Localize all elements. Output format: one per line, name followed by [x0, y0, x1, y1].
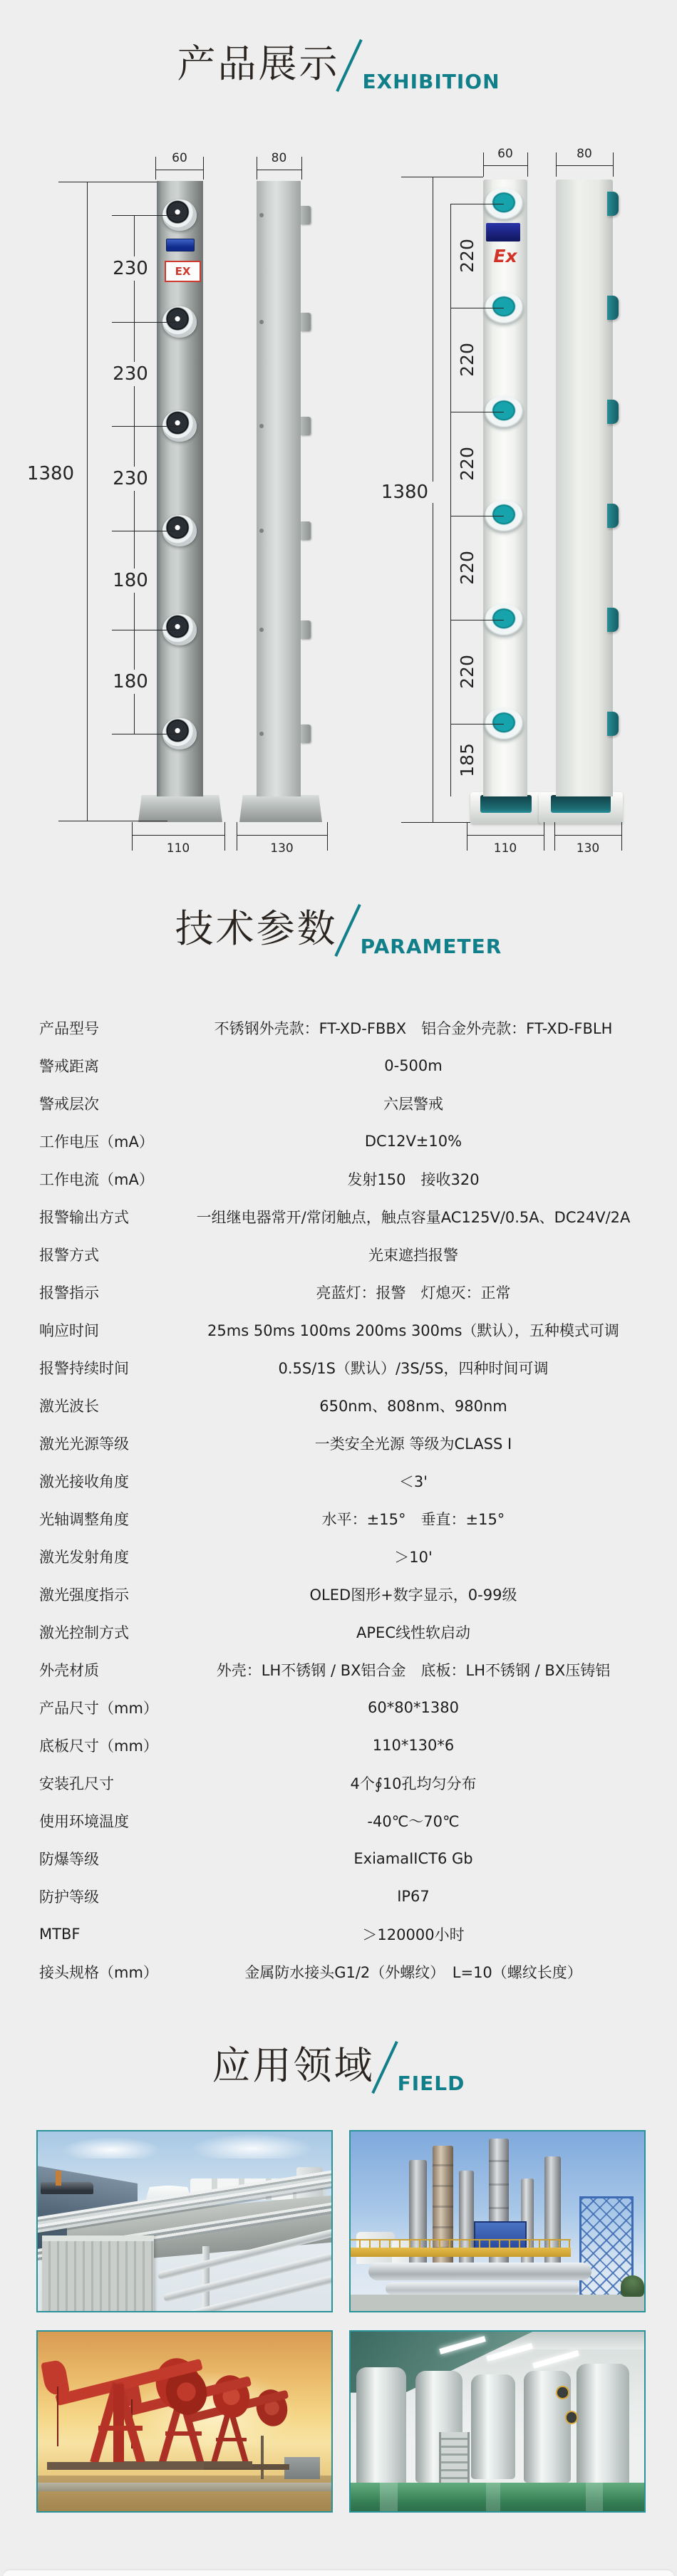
field-title-en: FIELD — [398, 2072, 465, 2095]
steel-side-bracket — [301, 521, 311, 540]
parameter-row: 外壳材质外壳：LH不锈钢 / BX铝合金 底板：LH不锈钢 / BX压铸铝 — [0, 1651, 677, 1688]
parameter-row: 响应时间25ms 50ms 100ms 200ms 300ms（默认），五种模式… — [0, 1311, 677, 1349]
steel-side-screw — [259, 424, 264, 428]
interval-dim-label: 220 — [444, 453, 490, 474]
ground — [351, 2295, 644, 2311]
parameter-label: 报警方式 — [39, 1244, 164, 1265]
parameter-row: 安装孔尺寸4个∮10孔均匀分布 — [0, 1764, 677, 1802]
steel-side-bracket — [301, 724, 311, 743]
parameter-value: 亮蓝灯：报警 灯熄灭：正常 — [164, 1282, 677, 1303]
parameter-row: 底板尺寸（mm）110*130*6 — [0, 1726, 677, 1764]
parameter-header: 技术参数 PARAMETER — [0, 906, 677, 975]
parameter-row: 激光接收角度＜3' — [0, 1462, 677, 1500]
steel-ex-label: EX — [165, 261, 201, 282]
dim-label-front-width: 60 — [483, 147, 527, 161]
parameter-value: ＞10' — [164, 1546, 677, 1567]
sensor-crosshair-line — [450, 204, 504, 204]
alu-column-side-view — [556, 180, 613, 796]
steel-side-screw — [259, 628, 264, 632]
alu-front-base-plate — [470, 792, 542, 824]
parameter-label: 激光接收角度 — [39, 1470, 164, 1492]
dim-line — [554, 835, 621, 836]
parameter-value: DC12V±10% — [164, 1133, 677, 1150]
parameter-label: 安装孔尺寸 — [39, 1772, 164, 1794]
interval-dim-label: 220 — [444, 245, 490, 266]
parameter-label: 报警持续时间 — [39, 1357, 164, 1378]
parameter-value: APEC线性软启动 — [164, 1621, 677, 1643]
pumpjack — [43, 2353, 214, 2482]
alu-side-sensor — [607, 608, 619, 632]
parameter-value: 光束遮挡报警 — [164, 1244, 677, 1265]
interval-dim-label: 220 — [444, 557, 490, 578]
parameter-value: 110*130*6 — [164, 1737, 677, 1754]
parameter-value: -40℃～70℃ — [164, 1810, 677, 1832]
parameter-value: ＜3' — [164, 1470, 677, 1492]
alu-base-channel — [551, 795, 611, 814]
parameter-value: 650nm、808nm、980nm — [164, 1395, 677, 1416]
parameter-label: 激光光源等级 — [39, 1433, 164, 1454]
parameter-label: 报警输出方式 — [39, 1206, 164, 1227]
alu-side-sensor — [607, 192, 619, 216]
dim-label-side-width: 80 — [257, 151, 301, 165]
parameter-row: 报警方式光束遮挡报警 — [0, 1235, 677, 1273]
dim-label-front-base: 110 — [132, 841, 224, 856]
parameter-label: MTBF — [39, 1926, 164, 1943]
interval-dim-label: 180 — [105, 568, 155, 593]
alu-ex-label: Ex — [483, 244, 527, 268]
valve-handle — [556, 2386, 569, 2399]
steel-column-side-view — [257, 181, 301, 796]
steel-alarm-indicator — [166, 239, 195, 251]
steel-side-bracket — [301, 417, 311, 435]
large-pipe — [368, 2263, 591, 2280]
parameter-row: 激光波长650nm、808nm、980nm — [0, 1386, 677, 1424]
dim-line — [132, 835, 224, 836]
steel-side-bracket — [301, 313, 311, 331]
distillation-tower — [409, 2160, 427, 2275]
dim-line — [58, 821, 167, 821]
floor-reflection — [586, 2483, 604, 2511]
parameter-label: 警戒层次 — [39, 1093, 164, 1114]
field-photo-tank-workshop — [349, 2330, 646, 2513]
dim-label-front-base: 110 — [467, 841, 544, 856]
parameter-value: 水平：±15° 垂直：±15° — [164, 1508, 677, 1529]
dim-tick — [301, 157, 302, 180]
dim-line — [401, 177, 483, 177]
cloud — [190, 2134, 314, 2159]
parameter-value: 0-500m — [164, 1057, 677, 1074]
parameter-label: 接头规格（mm） — [39, 1961, 164, 1983]
bottom-offset-dim-label: 185 — [444, 749, 490, 771]
parameter-label: 报警指示 — [39, 1282, 164, 1303]
parameter-value: IP67 — [164, 1888, 677, 1905]
parameter-row: 防爆等级ExiamaIICT6 Gb — [0, 1839, 677, 1877]
dim-line-total-height — [87, 182, 88, 821]
parameter-label: 产品尺寸（mm） — [39, 1697, 164, 1718]
parameter-label: 防爆等级 — [39, 1848, 164, 1869]
dim-label-side-width: 80 — [556, 147, 613, 161]
field-title-zh: 应用领域 — [212, 2043, 375, 2089]
parameter-value: OLED图形+数字显示，0-99级 — [164, 1584, 677, 1605]
sensor-crosshair-line — [450, 412, 504, 412]
interval-dim-label: 180 — [105, 670, 155, 694]
alu-column-front-view — [483, 180, 527, 796]
dim-tick — [327, 822, 328, 851]
parameter-row: MTBF＞120000小时 — [0, 1915, 677, 1953]
parameter-label: 工作电压（mA） — [39, 1131, 164, 1152]
parameter-row: 激光控制方式APEC线性软启动 — [0, 1613, 677, 1651]
parameter-label: 产品型号 — [39, 1017, 164, 1039]
interval-dim-label: 230 — [105, 362, 155, 386]
dim-line — [556, 165, 613, 166]
alu-side-sensor — [607, 712, 619, 736]
parameter-label: 激光发射角度 — [39, 1546, 164, 1567]
parameter-row: 防护等级IP67 — [0, 1877, 677, 1915]
valve-handle — [565, 2411, 578, 2424]
parameter-table: 产品型号不锈钢外壳款：FT-XD-FBBX 铝合金外壳款：FT-XD-FBLH警… — [0, 1009, 677, 1990]
yellow-walkway — [351, 2248, 571, 2258]
steel-side-base-plate — [239, 795, 322, 822]
parameter-value: 发射150 接收320 — [164, 1168, 677, 1190]
parameter-row: 工作电流（mA）发射150 接收320 — [0, 1160, 677, 1198]
field-photo-pumpjacks — [36, 2330, 333, 2513]
sensor-crosshair-line — [450, 620, 504, 620]
steel-side-bracket — [301, 206, 311, 224]
interval-dim-label: 220 — [444, 349, 490, 370]
parameter-row: 警戒层次六层警戒 — [0, 1084, 677, 1122]
dim-tick — [527, 152, 528, 177]
parameter-row: 光轴调整角度水平：±15° 垂直：±15° — [0, 1500, 677, 1537]
dim-line — [401, 822, 470, 823]
parameter-label: 工作电流（mA） — [39, 1168, 164, 1190]
alu-alarm-indicator — [486, 223, 520, 241]
floor-reflection — [380, 2483, 398, 2511]
parameter-value: 25ms 50ms 100ms 200ms 300ms（默认），五种模式可调 — [164, 1319, 677, 1341]
sensor-crosshair-line — [112, 322, 180, 323]
interval-dim-label: 230 — [105, 256, 155, 281]
dim-label-side-base: 130 — [554, 841, 621, 856]
dim-line — [155, 170, 204, 170]
parameter-row: 激光光源等级一类安全光源 等级为CLASS I — [0, 1424, 677, 1462]
steel-front-base-plate — [138, 795, 222, 822]
next-section-edge — [3, 2570, 674, 2576]
parameter-label: 外壳材质 — [39, 1659, 164, 1681]
parameter-row: 激光发射角度＞10' — [0, 1537, 677, 1575]
parameter-value: 外壳：LH不锈钢 / BX铝合金 底板：LH不锈钢 / BX压铸铝 — [164, 1659, 677, 1681]
parameter-value: 60*80*1380 — [164, 1699, 677, 1716]
parameter-row: 报警输出方式一组继电器常开/常闭触点，触点容量AC125V/0.5A、DC24V… — [0, 1198, 677, 1235]
parameter-row: 接头规格（mm）金属防水接头G1/2（外螺纹） L=10（螺纹长度） — [0, 1953, 677, 1990]
stainless-tank — [577, 2364, 629, 2486]
parameter-value: 一类安全光源 等级为CLASS I — [164, 1433, 677, 1454]
warehouse-building — [42, 2235, 154, 2312]
sensor-crosshair-line — [112, 734, 180, 734]
parameter-value: ＞120000小时 — [164, 1923, 677, 1945]
stainless-tank — [471, 2374, 515, 2478]
center-mast — [113, 2384, 123, 2464]
alu-side-base-plate — [539, 792, 623, 824]
product-page: 产品展示 EXHIBITION EX 60 80 1380 110 — [0, 0, 677, 2576]
parameter-label: 警戒距离 — [39, 1055, 164, 1076]
dim-label-front-width: 60 — [155, 151, 204, 165]
dim-tick — [621, 822, 622, 851]
dim-label-total-height: 1380 — [22, 463, 79, 484]
steel-side-bracket — [301, 620, 311, 639]
crane-mast — [56, 2171, 61, 2185]
alu-side-sensor — [607, 296, 619, 320]
sensor-crosshair-line — [112, 630, 180, 630]
parameter-value: 一组继电器常开/常闭触点，触点容量AC125V/0.5A、DC24V/2A — [164, 1206, 677, 1227]
sensor-crosshair-line — [450, 724, 504, 724]
skid-base — [47, 2462, 204, 2470]
header-slash-icon — [334, 904, 361, 957]
parameter-row: 激光强度指示OLED图形+数字显示，0-99级 — [0, 1575, 677, 1613]
sensor-crosshair-line — [112, 215, 180, 216]
cargo-ship — [41, 2182, 93, 2195]
dim-line — [257, 170, 301, 170]
frame-crossbar — [98, 2426, 143, 2431]
parameter-value: 4个∮10孔均匀分布 — [164, 1772, 677, 1794]
parameter-title-en: PARAMETER — [361, 935, 502, 958]
alu-base-channel — [480, 795, 532, 814]
parameter-value: 金属防水接头G1/2（外螺纹） L=10（螺纹长度） — [164, 1961, 677, 1983]
steel-side-screw — [259, 213, 264, 217]
parameter-label: 防护等级 — [39, 1886, 164, 1907]
parameter-value: ExiamaIICT6 Gb — [164, 1850, 677, 1867]
large-pipe — [386, 2282, 579, 2295]
steel-side-screw — [259, 529, 264, 533]
parameter-label: 激光控制方式 — [39, 1621, 164, 1643]
dim-tick — [224, 822, 225, 851]
dim-line — [58, 182, 157, 182]
access-ladder — [439, 2432, 470, 2486]
header-slash-icon — [371, 2041, 398, 2094]
sensor-crosshair-line — [112, 426, 180, 427]
field-photo-harbor-terminal — [36, 2130, 333, 2312]
dim-line — [467, 835, 544, 836]
dim-line — [483, 165, 527, 166]
parameter-value: 不锈钢外壳款：FT-XD-FBBX 铝合金外壳款：FT-XD-FBLH — [164, 1017, 677, 1039]
parameter-row: 报警指示亮蓝灯：报警 灯熄灭：正常 — [0, 1273, 677, 1311]
polish-rod-cable — [57, 2387, 58, 2446]
sensor-crosshair-line — [450, 516, 504, 516]
dim-label-total-height: 1380 — [376, 482, 433, 503]
dim-tick — [613, 152, 614, 177]
parameter-row: 报警持续时间0.5S/1S（默认）/3S/5S，四种时间可调 — [0, 1349, 677, 1386]
parameter-label: 响应时间 — [39, 1319, 164, 1341]
sensor-crosshair-line — [450, 308, 504, 308]
dim-tick — [544, 822, 544, 851]
parameter-value: 六层警戒 — [164, 1093, 677, 1114]
field-header: 应用领域 FIELD — [0, 2043, 677, 2112]
parameter-row: 产品型号不锈钢外壳款：FT-XD-FBBX 铝合金外壳款：FT-XD-FBLH — [0, 1009, 677, 1046]
dim-label-side-base: 130 — [237, 841, 327, 856]
alu-side-sensor — [607, 400, 619, 424]
floor-reflection — [486, 2483, 501, 2511]
parameter-row: 使用环境温度-40℃～70℃ — [0, 1802, 677, 1839]
interval-dim-label: 220 — [444, 661, 490, 682]
dim-line — [237, 835, 327, 836]
parameter-value: 0.5S/1S（默认）/3S/5S，四种时间可调 — [164, 1357, 677, 1378]
parameter-row: 工作电压（mA）DC12V±10% — [0, 1122, 677, 1160]
interval-dim-label: 230 — [105, 467, 155, 491]
parameter-title-zh: 技术参数 — [175, 906, 338, 952]
stainless-tank — [356, 2367, 406, 2486]
parameter-label: 底板尺寸（mm） — [39, 1735, 164, 1756]
parameter-label: 激光波长 — [39, 1395, 164, 1416]
cloud — [61, 2137, 161, 2159]
field-photo-refinery — [349, 2130, 646, 2312]
parameter-row: 产品尺寸（mm）60*80*1380 — [0, 1688, 677, 1726]
vertical-pipe — [202, 2246, 210, 2307]
horsehead — [41, 2359, 70, 2396]
concrete-pad — [38, 2483, 331, 2492]
parameter-label: 光轴调整角度 — [39, 1508, 164, 1529]
steel-side-screw — [259, 732, 264, 736]
parameter-row: 警戒距离0-500m — [0, 1046, 677, 1084]
interval-dim-line — [450, 204, 451, 796]
alu-side-sensor — [607, 504, 619, 528]
parameter-label: 激光强度指示 — [39, 1584, 164, 1605]
parameter-label: 使用环境温度 — [39, 1810, 164, 1832]
sensor-crosshair-line — [112, 531, 180, 531]
trees — [621, 2275, 644, 2297]
steel-side-screw — [259, 320, 264, 324]
